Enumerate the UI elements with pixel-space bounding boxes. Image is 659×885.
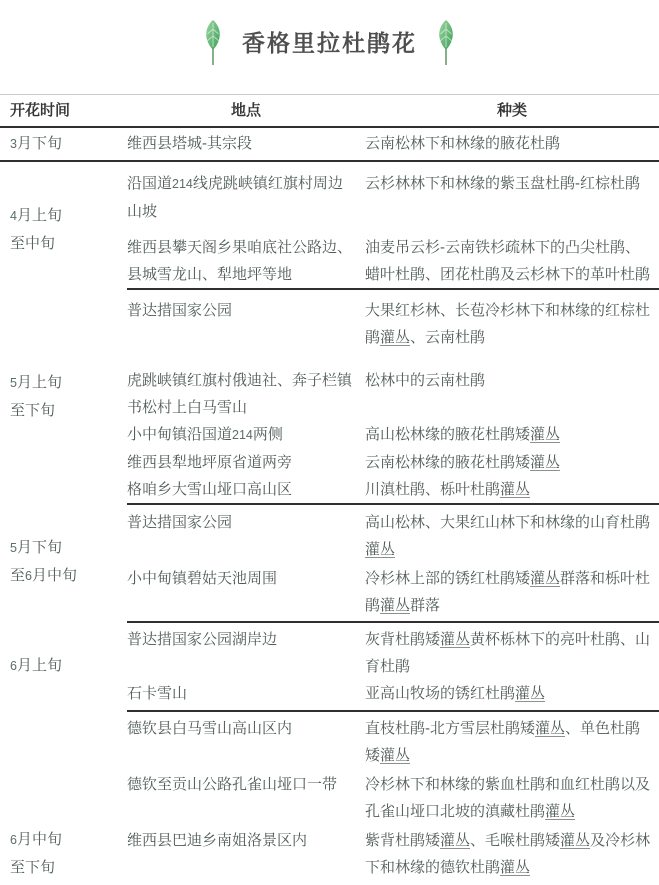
table-row: 小中甸镇沿国道214两侧 高山松林缘的腋花杜鹃矮灌丛: [127, 421, 659, 449]
time-block: 5月下旬至6月中旬 普达措国家公园 高山松林、大果红山林下和林缘的山育杜鹃灌丛 …: [0, 503, 659, 621]
table-row: 普达措国家公园 大果红杉林、长苞冷杉林下和林缘的红棕杜鹃灌丛、云南杜鹃: [127, 297, 659, 351]
table-row: 维西县巴迪乡南姐洛景区内 紫背杜鹃矮灌丛、毛喉杜鹃矮灌丛及冷杉林下和林缘的德钦杜…: [127, 827, 659, 881]
table-row: 虎跳峡镇红旗村俄迪社、奔子栏镇书松村上白马雪山 松林中的云南杜鹃: [127, 367, 659, 421]
time-block: 6月上旬 普达措国家公园湖岸边 灰背杜鹃矮灌丛黄杯栎林下的亮叶杜鹃、山育杜鹃 石…: [0, 621, 659, 710]
species-cell: 亚高山牧场的锈红杜鹃灌丛: [365, 680, 659, 707]
time-block: 普达措国家公园 大果红杉林、长苞冷杉林下和林缘的红棕杜鹃灌丛、云南杜鹃: [0, 288, 659, 357]
underlined-term: 灌丛: [530, 426, 560, 443]
location-cell: 小中甸镇碧姑天池周围: [127, 565, 365, 619]
underlined-term: 灌丛: [515, 685, 545, 702]
underlined-term: 灌丛: [560, 832, 590, 849]
time-label: 5月下旬: [10, 534, 127, 562]
species-cell: 油麦吊云杉-云南铁杉疏林下的凸尖杜鹃、蜡叶杜鹃、团花杜鹃及云杉林下的革叶杜鹃: [365, 234, 659, 288]
block-rows: 虎跳峡镇红旗村俄迪社、奔子栏镇书松村上白马雪山 松林中的云南杜鹃 小中甸镇沿国道…: [127, 367, 659, 503]
table-row: 普达措国家公园 高山松林、大果红山林下和林缘的山育杜鹃灌丛: [127, 509, 659, 563]
table-row: 德钦至贡山公路孔雀山垭口一带 冷杉林下和林缘的紫血杜鹃和血红杜鹃以及孔雀山垭口北…: [127, 771, 659, 825]
time-cell: 3月下旬: [0, 128, 127, 160]
location-cell: 沿国道214线虎跳峡镇红旗村周边山坡: [127, 170, 365, 225]
table-row: 普达措国家公园湖岸边 灰背杜鹃矮灌丛黄杯栎林下的亮叶杜鹃、山育杜鹃: [127, 626, 659, 680]
leaf-icon: [200, 19, 226, 67]
underlined-term: 灌丛: [380, 329, 410, 346]
time-label: 至中旬: [10, 230, 127, 257]
species-cell: 高山松林缘的腋花杜鹃矮灌丛: [365, 421, 659, 449]
location-cell: 普达措国家公园: [127, 509, 365, 563]
species-cell: 云南松林缘的腋花杜鹃矮灌丛: [365, 449, 659, 476]
block-rows: 普达措国家公园 高山松林、大果红山林下和林缘的山育杜鹃灌丛 小中甸镇碧姑天池周围…: [127, 503, 659, 621]
time-cell: 6月上旬: [0, 621, 127, 710]
underlined-term: 灌丛: [440, 631, 470, 648]
table-row: 维西县攀天阁乡果咱底社公路边、县城雪龙山、犁地坪等地 油麦吊云杉-云南铁杉疏林下…: [127, 234, 659, 288]
location-cell: 普达措国家公园湖岸边: [127, 626, 365, 680]
time-label: 至下旬: [10, 854, 127, 881]
underlined-term: 灌丛: [530, 454, 560, 471]
time-cell: [0, 288, 127, 357]
species-cell: 直枝杜鹃-北方雪层杜鹃矮灌丛、单色杜鹃矮灌丛: [365, 715, 659, 769]
location-cell: 维西县塔城-其宗段: [127, 130, 365, 157]
location-cell: 德钦县白马雪山高山区内: [127, 715, 365, 769]
bloom-table: 开花时间 地点 种类 3月下旬 维西县塔城-其宗段 云南松林下和林缘的腋花杜鹃 …: [0, 94, 659, 883]
time-block: 4月上旬至中旬 沿国道214线虎跳峡镇红旗村周边山坡 云杉林林下和林缘的紫玉盘杜…: [0, 162, 659, 288]
header-species: 种类: [365, 97, 659, 124]
table-row: 沿国道214线虎跳峡镇红旗村周边山坡 云杉林林下和林缘的紫玉盘杜鹃-红棕杜鹃: [127, 170, 659, 225]
species-cell: 高山松林、大果红山林下和林缘的山育杜鹃灌丛: [365, 509, 659, 563]
block-rows: 维西县塔城-其宗段 云南松林下和林缘的腋花杜鹃: [127, 128, 659, 160]
underlined-term: 灌丛: [380, 747, 410, 764]
location-cell: 维西县犁地坪原省道两旁: [127, 449, 365, 476]
location-cell: 小中甸镇沿国道214两侧: [127, 421, 365, 449]
species-cell: 松林中的云南杜鹃: [365, 367, 659, 421]
species-cell: 云南松林下和林缘的腋花杜鹃: [365, 130, 659, 157]
underlined-term: 灌丛: [440, 832, 470, 849]
location-cell: 德钦至贡山公路孔雀山垭口一带: [127, 771, 365, 825]
page-title: 香格里拉杜鹃花: [0, 0, 659, 76]
underlined-term: 灌丛: [545, 803, 575, 820]
leaf-icon: [433, 19, 459, 67]
species-cell: 冷杉林下和林缘的紫血杜鹃和血红杜鹃以及孔雀山垭口北坡的滇藏杜鹃灌丛: [365, 771, 659, 825]
time-cell: 4月上旬至中旬: [0, 170, 127, 288]
table-row: 格咱乡大雪山垭口高山区 川滇杜鹃、栎叶杜鹃灌丛: [127, 476, 659, 503]
time-cell: 6月中旬至下旬: [0, 710, 127, 883]
species-cell: 大果红杉林、长苞冷杉林下和林缘的红棕杜鹃灌丛、云南杜鹃: [365, 297, 659, 351]
time-block: 3月下旬 维西县塔城-其宗段 云南松林下和林缘的腋花杜鹃: [0, 128, 659, 162]
location-cell: 石卡雪山: [127, 680, 365, 707]
block-rows: 沿国道214线虎跳峡镇红旗村周边山坡 云杉林林下和林缘的紫玉盘杜鹃-红棕杜鹃 维…: [127, 170, 659, 288]
species-cell: 川滇杜鹃、栎叶杜鹃灌丛: [365, 476, 659, 503]
species-cell: 灰背杜鹃矮灌丛黄杯栎林下的亮叶杜鹃、山育杜鹃: [365, 626, 659, 680]
time-label: 5月上旬: [10, 369, 127, 397]
species-cell: 冷杉林上部的锈红杜鹃矮灌丛群落和栎叶杜鹃灌丛群落: [365, 565, 659, 619]
underlined-term: 灌丛: [365, 541, 395, 558]
location-cell: 格咱乡大雪山垭口高山区: [127, 476, 365, 503]
species-cell: 云杉林林下和林缘的紫玉盘杜鹃-红棕杜鹃: [365, 170, 659, 225]
time-label: 3月下旬: [10, 130, 127, 158]
table-row: 小中甸镇碧姑天池周围 冷杉林上部的锈红杜鹃矮灌丛群落和栎叶杜鹃灌丛群落: [127, 565, 659, 619]
underlined-term: 灌丛: [500, 859, 530, 876]
header-location: 地点: [127, 97, 365, 124]
time-label: 至下旬: [10, 397, 127, 424]
underlined-term: 灌丛: [530, 570, 560, 587]
species-cell: 紫背杜鹃矮灌丛、毛喉杜鹃矮灌丛及冷杉林下和林缘的德钦杜鹃灌丛: [365, 827, 659, 881]
location-cell: 维西县攀天阁乡果咱底社公路边、县城雪龙山、犁地坪等地: [127, 234, 365, 288]
underlined-term: 灌丛: [500, 481, 530, 498]
block-rows: 普达措国家公园湖岸边 灰背杜鹃矮灌丛黄杯栎林下的亮叶杜鹃、山育杜鹃 石卡雪山 亚…: [127, 621, 659, 710]
header-bloom-time: 开花时间: [0, 97, 127, 124]
underlined-term: 灌丛: [535, 720, 565, 737]
location-cell: 维西县巴迪乡南姐洛景区内: [127, 827, 365, 881]
time-label: 6月中旬: [10, 826, 127, 854]
time-block: 5月上旬至下旬 虎跳峡镇红旗村俄迪社、奔子栏镇书松村上白马雪山 松林中的云南杜鹃…: [0, 367, 659, 503]
table-row: 石卡雪山 亚高山牧场的锈红杜鹃灌丛: [127, 680, 659, 707]
table-row: 维西县犁地坪原省道两旁 云南松林缘的腋花杜鹃矮灌丛: [127, 449, 659, 476]
page: 香格里拉杜鹃花 开花时间 地点 种类 3月下旬 维西县塔城-其宗段 云南松林下: [0, 0, 659, 885]
location-cell: 虎跳峡镇红旗村俄迪社、奔子栏镇书松村上白马雪山: [127, 367, 365, 421]
page-title-text: 香格里拉杜鹃花: [242, 30, 417, 57]
time-cell: 5月上旬至下旬: [0, 367, 127, 503]
time-cell: 5月下旬至6月中旬: [0, 503, 127, 621]
location-cell: 普达措国家公园: [127, 297, 365, 351]
table-row: 维西县塔城-其宗段 云南松林下和林缘的腋花杜鹃: [127, 130, 659, 157]
table-header-row: 开花时间 地点 种类: [0, 95, 659, 128]
time-label: 至6月中旬: [10, 562, 127, 590]
block-rows: 德钦县白马雪山高山区内 直枝杜鹃-北方雪层杜鹃矮灌丛、单色杜鹃矮灌丛 德钦至贡山…: [127, 710, 659, 883]
time-label: 6月上旬: [10, 652, 127, 680]
underlined-term: 灌丛: [380, 597, 410, 614]
table-body: 3月下旬 维西县塔城-其宗段 云南松林下和林缘的腋花杜鹃 4月上旬至中旬 沿国道…: [0, 128, 659, 883]
table-row: 德钦县白马雪山高山区内 直枝杜鹃-北方雪层杜鹃矮灌丛、单色杜鹃矮灌丛: [127, 715, 659, 769]
time-label: 4月上旬: [10, 202, 127, 230]
block-rows: 普达措国家公园 大果红杉林、长苞冷杉林下和林缘的红棕杜鹃灌丛、云南杜鹃: [127, 288, 659, 357]
time-block: 6月中旬至下旬 德钦县白马雪山高山区内 直枝杜鹃-北方雪层杜鹃矮灌丛、单色杜鹃矮…: [0, 710, 659, 883]
